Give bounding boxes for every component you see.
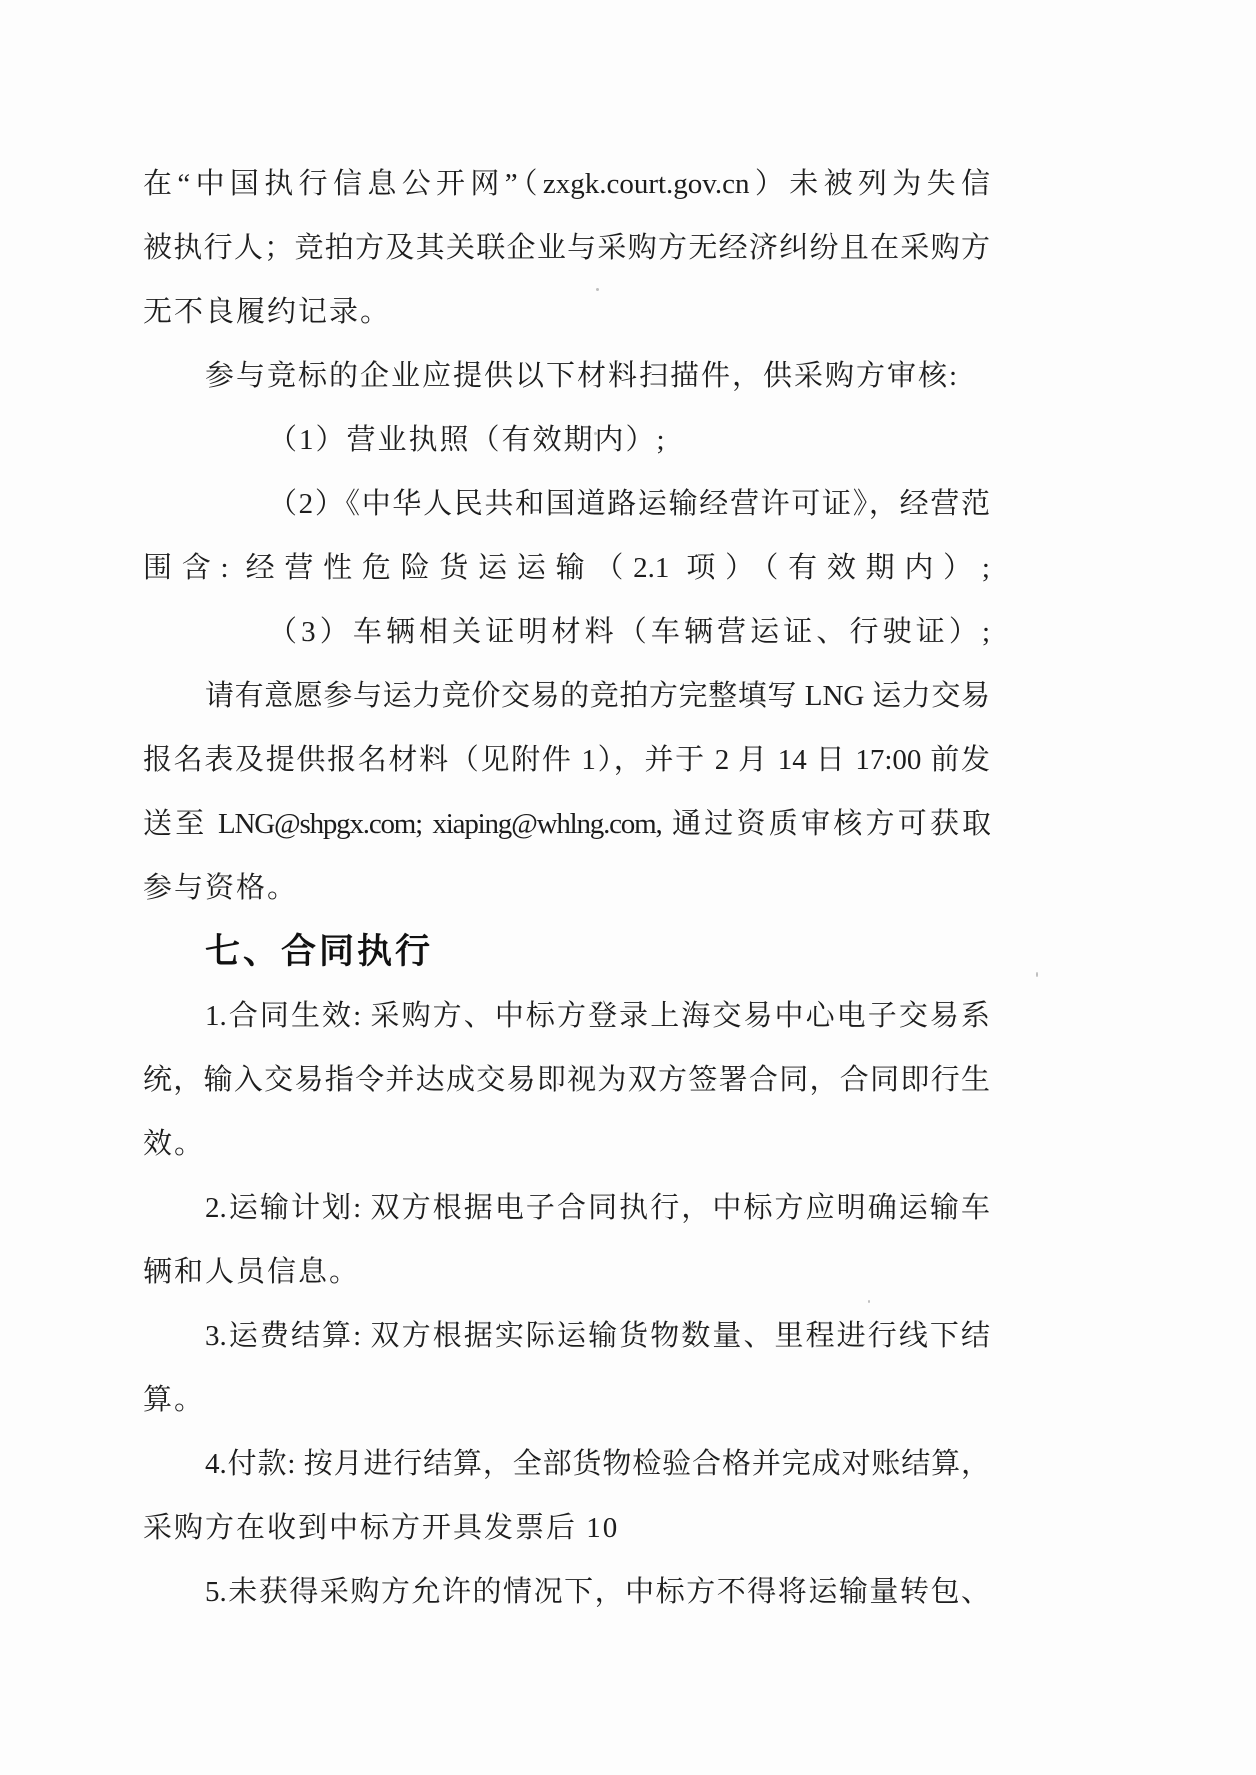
text-line: 围含: 经营性危险货运运输（2.1 项）（有效期内）; [143,536,990,600]
text-line: 在“中国执行信息公开网”（zxgk.court.gov.cn）未被列为失信 [143,152,990,216]
text-line: 1.合同生效: 采购方、中标方登录上海交易中心电子交易系 [143,984,990,1048]
text-line: （1）营业执照（有效期内）; [143,408,990,472]
text-line: 无不良履约记录。 [143,280,990,344]
document-body: 在“中国执行信息公开网”（zxgk.court.gov.cn）未被列为失信被执行… [143,152,990,1624]
scan-speck [1036,972,1038,977]
scan-speck [596,288,599,291]
text-line: 4.付款: 按月进行结算，全部货物检验合格并完成对账结算， [143,1432,990,1496]
text-line: 请有意愿参与运力竞价交易的竞拍方完整填写 LNG 运力交易 [143,664,990,728]
document-page: 在“中国执行信息公开网”（zxgk.court.gov.cn）未被列为失信被执行… [0,0,1256,1775]
text-line: 算。 [143,1368,990,1432]
text-line: 效。 [143,1112,990,1176]
text-line: 统，输入交易指令并达成交易即视为双方签署合同，合同即行生 [143,1048,990,1112]
text-line: 被执行人；竞拍方及其关联企业与采购方无经济纠纷且在采购方 [143,216,990,280]
scan-speck [594,432,597,435]
text-line: （3）车辆相关证明材料（车辆营运证、行驶证）; [143,600,990,664]
section-heading: 七、合同执行 [143,920,990,984]
text-line: （2）《中华人民共和国道路运输经营许可证》，经营范 [143,472,990,536]
text-line: 参与竞标的企业应提供以下材料扫描件，供采购方审核: [143,344,990,408]
text-line: 采购方在收到中标方开具发票后 10 个工作日内完成运费支付。 [143,1496,990,1560]
text-line: 3.运费结算: 双方根据实际运输货物数量、里程进行线下结 [143,1304,990,1368]
text-line: 2.运输计划: 双方根据电子合同执行，中标方应明确运输车 [143,1176,990,1240]
text-line: 辆和人员信息。 [143,1240,990,1304]
text-line: 5.未获得采购方允许的情况下，中标方不得将运输量转包、 [143,1560,990,1624]
text-line: 报名表及提供报名材料（见附件 1），并于 2 月 14 日 17:00 前发 [143,728,990,792]
scan-speck [868,1300,870,1303]
text-line: 参与资格。 [143,856,990,920]
text-line: 送至 LNG@shpgx.com; xiaping@whlng.com, 通过资… [143,792,990,856]
